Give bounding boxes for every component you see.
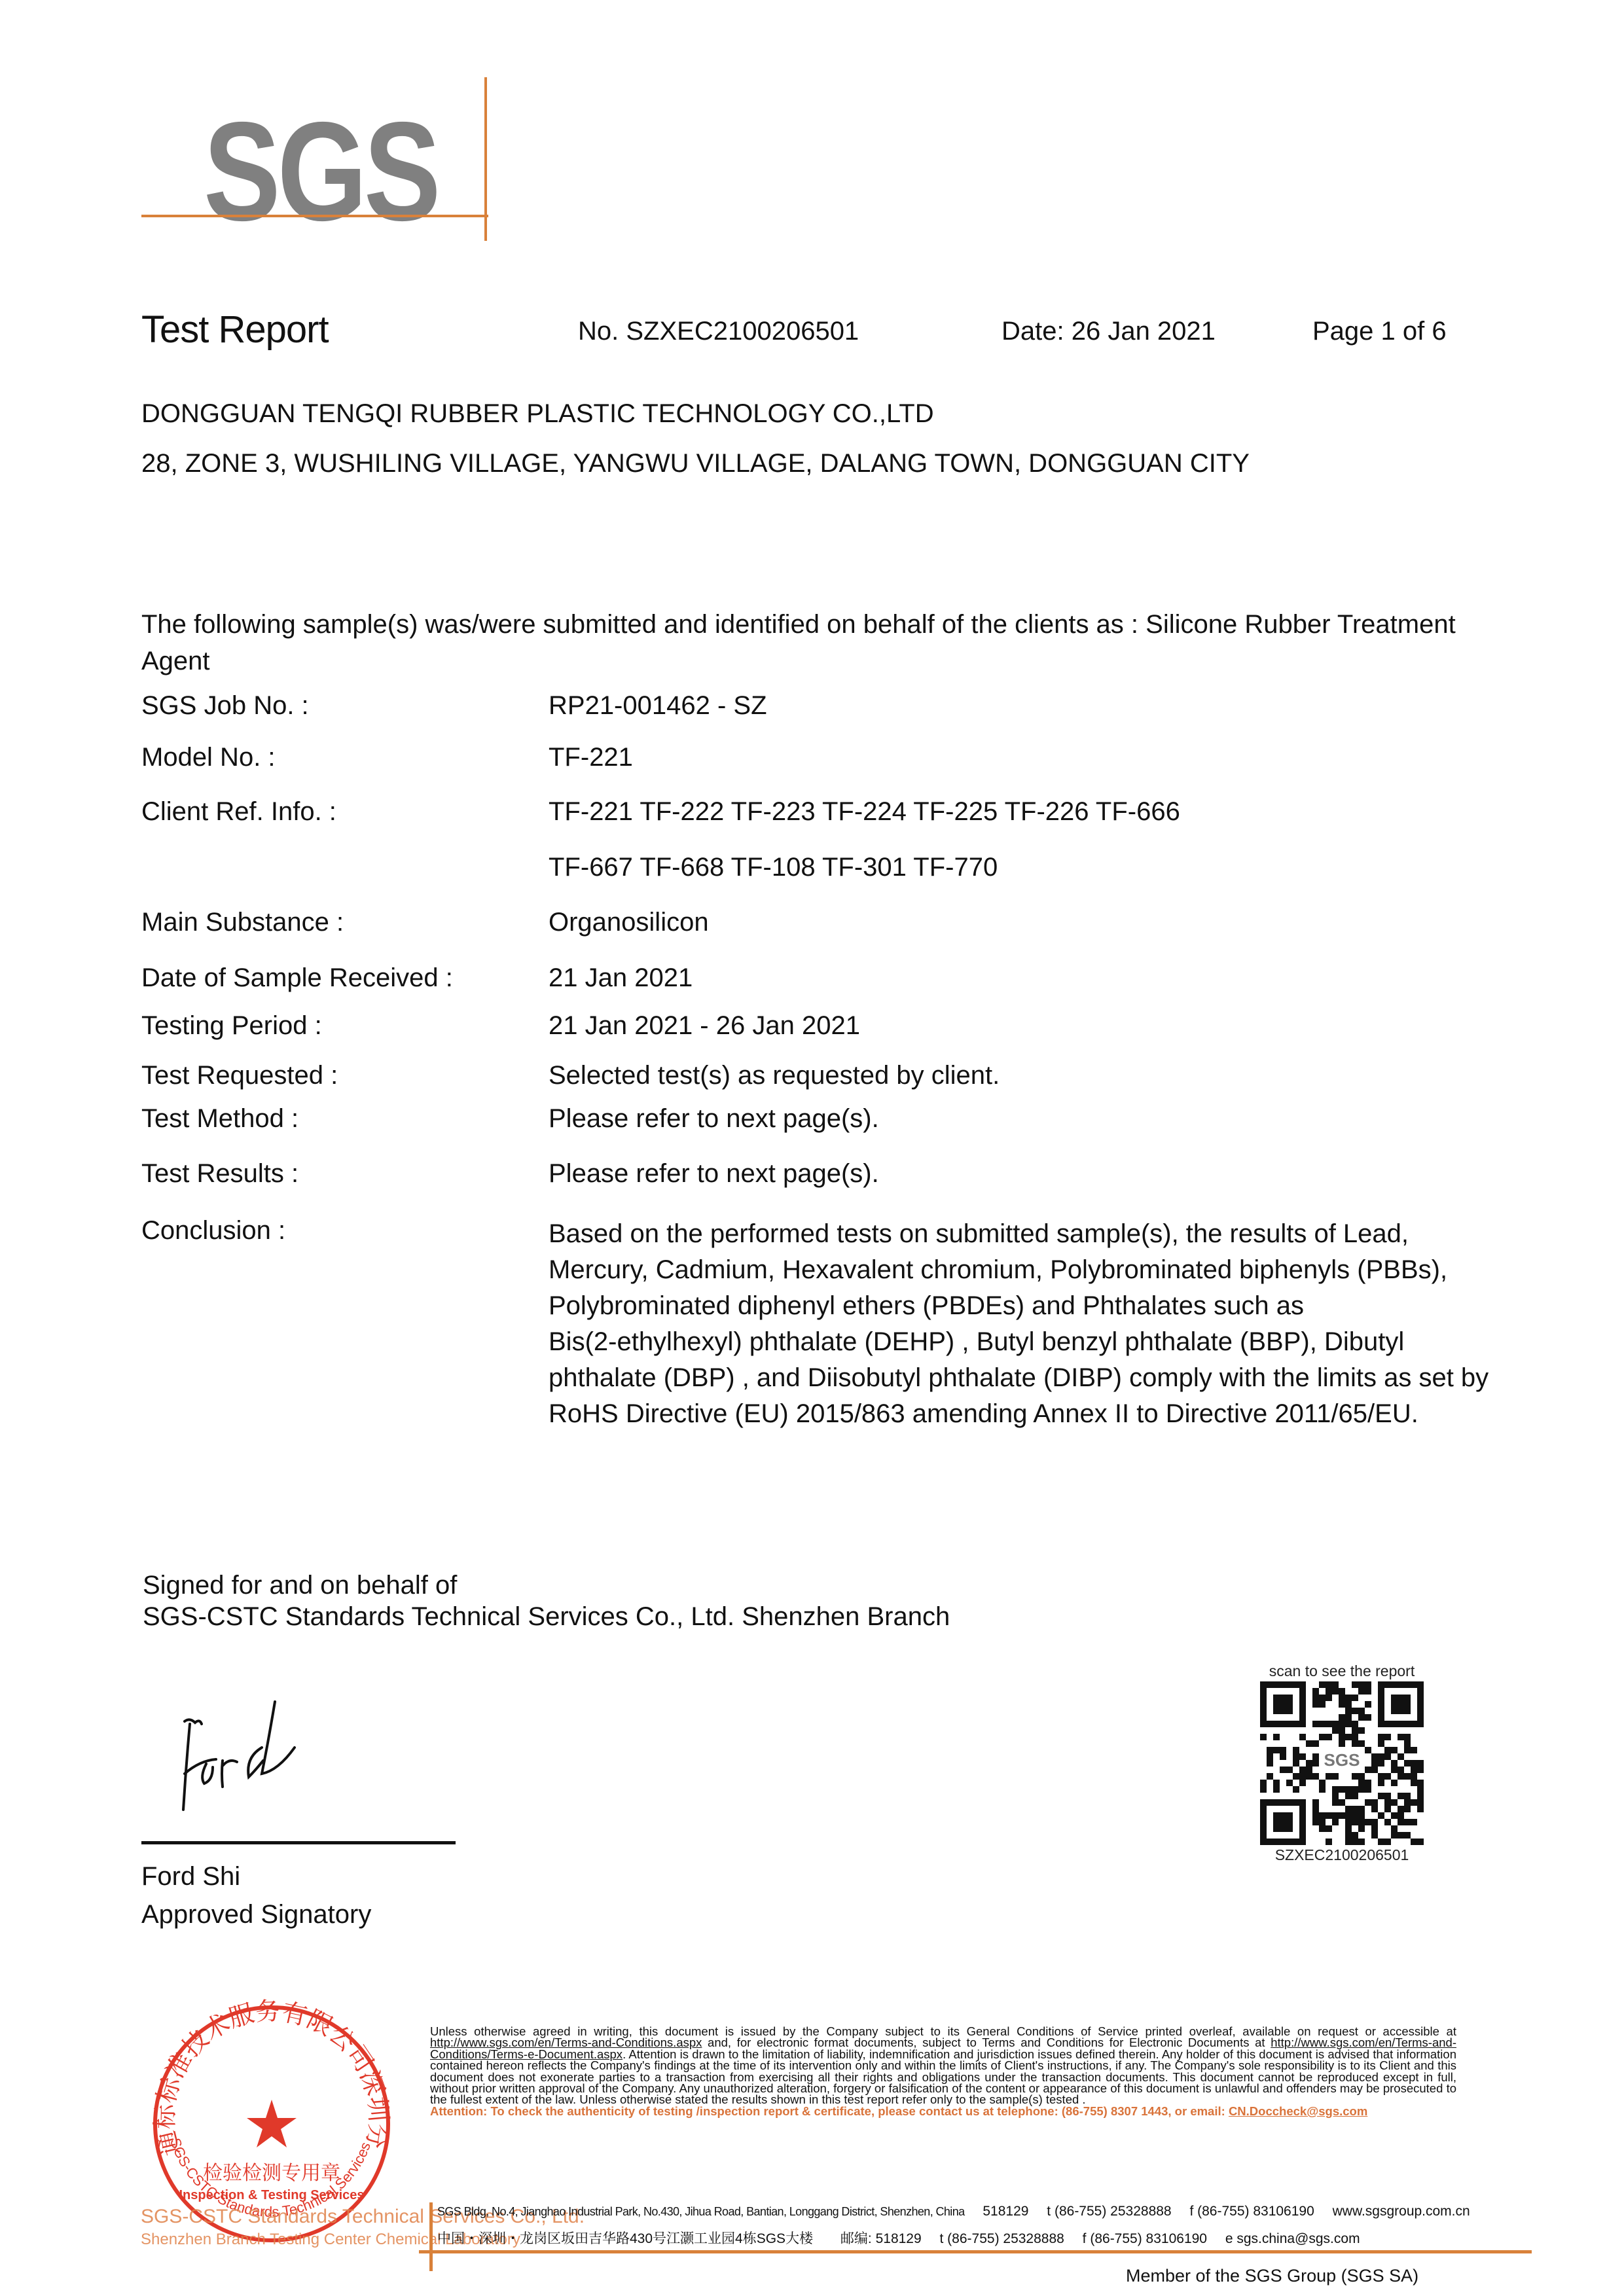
- website-link[interactable]: www.sgsgroup.com.cn: [1333, 2204, 1470, 2219]
- signatory-block: Ford Shi Approved Signatory: [141, 1857, 371, 1933]
- client-ref-value: TF-221 TF-222 TF-223 TF-224 TF-225 TF-22…: [549, 797, 1180, 827]
- logo-vertical-rule: [484, 77, 487, 241]
- logo-horizontal-rule: [141, 215, 488, 217]
- signed-for-text: Signed for and on behalf of: [143, 1570, 950, 1601]
- footer-vertical-rule: [429, 2202, 433, 2271]
- qr-code-icon[interactable]: SGS: [1254, 1681, 1430, 1845]
- qr-caption: scan to see the report: [1254, 1662, 1430, 1680]
- testing-period-value: 21 Jan 2021 - 26 Jan 2021: [549, 1011, 860, 1041]
- conclusion-text: Based on the performed tests on submitte…: [549, 1216, 1530, 1432]
- date-received-value: 21 Jan 2021: [549, 963, 693, 993]
- stamp-star-icon: [247, 2100, 297, 2147]
- conclusion-line: Bis(2-ethylhexyl) phthalate (DEHP) , But…: [549, 1324, 1530, 1360]
- qr-code-block: scan to see the report SGS SZXEC21002065…: [1254, 1662, 1430, 1864]
- job-no-value: RP21-001462 - SZ: [549, 691, 767, 721]
- signing-organization: SGS-CSTC Standards Technical Services Co…: [143, 1601, 950, 1632]
- conclusion-line: Based on the performed tests on submitte…: [549, 1216, 1530, 1252]
- client-ref-label: Client Ref. Info. :: [141, 797, 336, 827]
- client-address: 28, ZONE 3, WUSHILING VILLAGE, YANGWU VI…: [141, 449, 1250, 478]
- page-title: Test Report: [141, 308, 329, 351]
- official-stamp: 通标标准技术服务有限公司深圳分公司 SGS-CSTC Standards Tec…: [134, 1990, 409, 2268]
- conclusion-line: Polybrominated diphenyl ethers (PBDEs) a…: [549, 1288, 1530, 1324]
- test-method-label: Test Method :: [141, 1104, 298, 1134]
- signatory-role: Approved Signatory: [141, 1895, 371, 1933]
- job-no-label: SGS Job No. :: [141, 691, 309, 721]
- signature-line: [141, 1841, 456, 1844]
- test-results-value: Please refer to next page(s).: [549, 1159, 879, 1189]
- test-results-label: Test Results :: [141, 1159, 298, 1189]
- authenticity-notice: Attention: To check the authenticity of …: [430, 2106, 1456, 2117]
- signed-for-block: Signed for and on behalf of SGS-CSTC Sta…: [143, 1570, 950, 1632]
- conclusion-label: Conclusion :: [141, 1216, 285, 1246]
- signatory-name: Ford Shi: [141, 1857, 371, 1895]
- test-requested-label: Test Requested :: [141, 1061, 338, 1090]
- doccheck-email-link[interactable]: CN.Doccheck@sgs.com: [1229, 2104, 1367, 2118]
- model-no-value: TF-221: [549, 743, 633, 772]
- client-ref-value-2: TF-667 TF-668 TF-108 TF-301 TF-770: [549, 853, 998, 882]
- page-number: Page 1 of 6: [1312, 317, 1447, 346]
- email-link[interactable]: e sgs.china@sgs.com: [1225, 2231, 1360, 2247]
- client-name: DONGGUAN TENGQI RUBBER PLASTIC TECHNOLOG…: [141, 399, 934, 429]
- conclusion-line: phthalate (DBP) , and Diisobutyl phthala…: [549, 1360, 1530, 1396]
- legal-disclaimer: Unless otherwise agreed in writing, this…: [430, 2026, 1456, 2117]
- sgs-logo: SGS: [141, 77, 488, 241]
- address-row-en: SGS Bldg, No.4, Jianghao Industrial Park…: [437, 2204, 1485, 2219]
- address-row-cn: 中国・深圳・龙岗区坂田吉华路430号江灏工业园4栋SGS大楼 邮编: 51812…: [437, 2228, 1375, 2248]
- test-requested-value: Selected test(s) as requested by client.: [549, 1061, 1000, 1090]
- model-no-label: Model No. :: [141, 743, 276, 772]
- sgs-group-membership: Member of the SGS Group (SGS SA): [1126, 2266, 1418, 2286]
- qr-report-code: SZXEC2100206501: [1254, 1846, 1430, 1864]
- svg-text:Inspection & Testing Services: Inspection & Testing Services: [179, 2188, 364, 2202]
- date-received-label: Date of Sample Received :: [141, 963, 453, 993]
- sample-intro: The following sample(s) was/were submitt…: [141, 606, 1503, 679]
- svg-text:检验检测专用章: 检验检测专用章: [203, 2162, 340, 2185]
- sgs-logo-text: SGS: [204, 101, 438, 242]
- main-substance-value: Organosilicon: [549, 908, 709, 937]
- test-method-value: Please refer to next page(s).: [549, 1104, 879, 1134]
- report-number: No. SZXEC2100206501: [578, 317, 859, 346]
- svg-text:SGS: SGS: [1324, 1750, 1360, 1770]
- footer-horizontal-rule: [419, 2250, 1532, 2253]
- report-date: Date: 26 Jan 2021: [1001, 317, 1216, 346]
- conclusion-line: Mercury, Cadmium, Hexavalent chromium, P…: [549, 1252, 1530, 1288]
- handwritten-signature: [164, 1695, 412, 1826]
- main-substance-label: Main Substance :: [141, 908, 344, 937]
- conclusion-line: RoHS Directive (EU) 2015/863 amending An…: [549, 1396, 1530, 1432]
- testing-period-label: Testing Period :: [141, 1011, 322, 1041]
